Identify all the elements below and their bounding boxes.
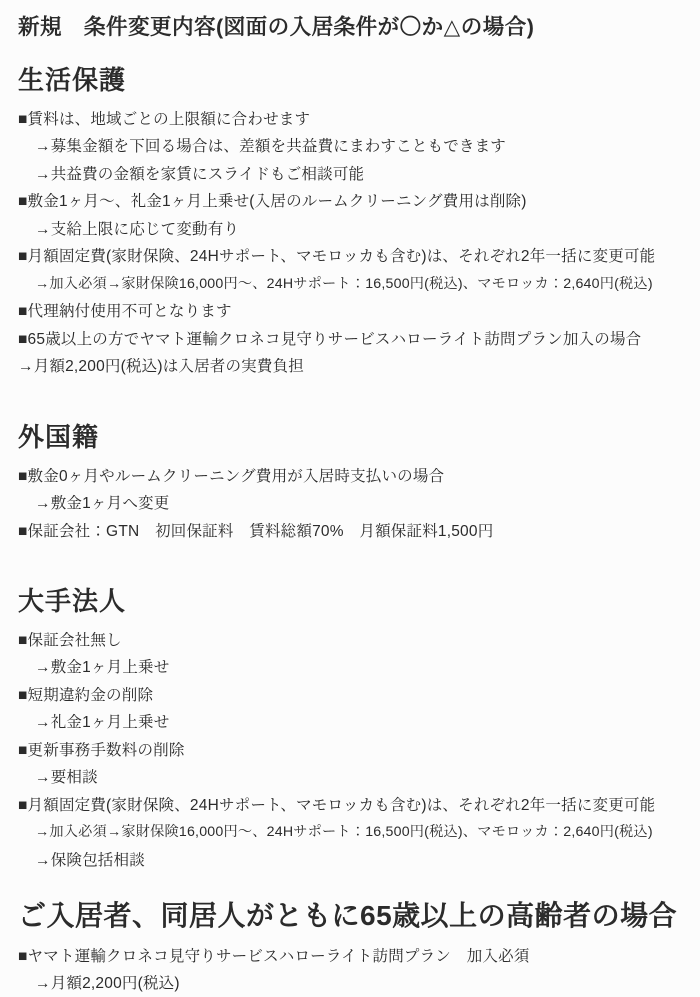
document-page: 新規 条件変更内容(図面の入居条件が〇か△の場合) 生活保護 ■賃料は、地域ごと… — [0, 0, 700, 997]
text-line: ■保証会社無し — [18, 627, 682, 655]
section-heading-livelihood-protection: 生活保護 — [18, 64, 682, 98]
item-list: ■敷金0ヶ月やルームクリーニング費用が入居時支払いの場合 →敷金1ヶ月へ変更 ■… — [18, 463, 682, 546]
text-line: →月額2,200円(税込) — [18, 970, 682, 997]
text-line: →敷金1ヶ月上乗せ — [18, 654, 682, 682]
text-line: ■65歳以上の方でヤマト運輸クロネコ見守りサービスハローライト訪問プラン加入の場… — [18, 326, 682, 354]
text-line: →加入必須→家財保険16,000円～、24Hサポート：16,500円(税込)、マ… — [18, 819, 682, 847]
text-line: ■賃料は、地域ごとの上限額に合わせます — [18, 106, 682, 134]
text-line: →支給上限に応じて変動有り — [18, 216, 682, 244]
text-line: ■敷金1ヶ月～、礼金1ヶ月上乗せ(入居のルームクリーニング費用は削除) — [18, 188, 682, 216]
text-line: ■更新事務手数料の削除 — [18, 737, 682, 765]
text-line: ■保証会社：GTN 初回保証料 賃料総額70% 月額保証料1,500円 — [18, 518, 682, 546]
section-elderly-households: ご入居者、同居人がともに65歳以上の高齢者の場合 ■ヤマト運輸クロネコ見守りサー… — [18, 898, 682, 997]
text-line: ■月額固定費(家財保険、24Hサポート、マモロッカも含む)は、それぞれ2年一括に… — [18, 792, 682, 820]
section-foreign-nationality: 外国籍 ■敷金0ヶ月やルームクリーニング費用が入居時支払いの場合 →敷金1ヶ月へ… — [18, 421, 682, 545]
text-line: →礼金1ヶ月上乗せ — [18, 709, 682, 737]
section-heading-elderly-households: ご入居者、同居人がともに65歳以上の高齢者の場合 — [18, 898, 682, 934]
item-list: ■賃料は、地域ごとの上限額に合わせます →募集金額を下回る場合は、差額を共益費に… — [18, 106, 682, 381]
item-list: ■保証会社無し →敷金1ヶ月上乗せ ■短期違約金の削除 →礼金1ヶ月上乗せ ■更… — [18, 627, 682, 875]
text-line: →敷金1ヶ月へ変更 — [18, 490, 682, 518]
text-line: →保険包括相談 — [18, 847, 682, 875]
text-line: ■短期違約金の削除 — [18, 682, 682, 710]
text-line: →要相談 — [18, 764, 682, 792]
text-line: →募集金額を下回る場合は、差額を共益費にまわすこともできます — [18, 133, 682, 161]
text-line: →加入必須→家財保険16,000円～、24Hサポート：16,500円(税込)、マ… — [18, 271, 682, 299]
text-line: ■ヤマト運輸クロネコ見守りサービスハローライト訪問プラン 加入必須 — [18, 943, 682, 971]
item-list: ■ヤマト運輸クロネコ見守りサービスハローライト訪問プラン 加入必須 →月額2,2… — [18, 943, 682, 997]
section-major-corporations: 大手法人 ■保証会社無し →敷金1ヶ月上乗せ ■短期違約金の削除 →礼金1ヶ月上… — [18, 585, 682, 874]
section-heading-foreign-nationality: 外国籍 — [18, 421, 682, 455]
text-line: ■敷金0ヶ月やルームクリーニング費用が入居時支払いの場合 — [18, 463, 682, 491]
text-line: →月額2,200円(税込)は入居者の実費負担 — [18, 353, 682, 381]
text-line: →共益費の金額を家賃にスライドもご相談可能 — [18, 161, 682, 189]
text-line: ■代理納付使用不可となります — [18, 298, 682, 326]
section-heading-major-corporations: 大手法人 — [18, 585, 682, 619]
section-livelihood-protection: 生活保護 ■賃料は、地域ごとの上限額に合わせます →募集金額を下回る場合は、差額… — [18, 64, 682, 381]
text-line: ■月額固定費(家財保険、24Hサポート、マモロッカも含む)は、それぞれ2年一括に… — [18, 243, 682, 271]
page-title: 新規 条件変更内容(図面の入居条件が〇か△の場合) — [18, 14, 682, 42]
